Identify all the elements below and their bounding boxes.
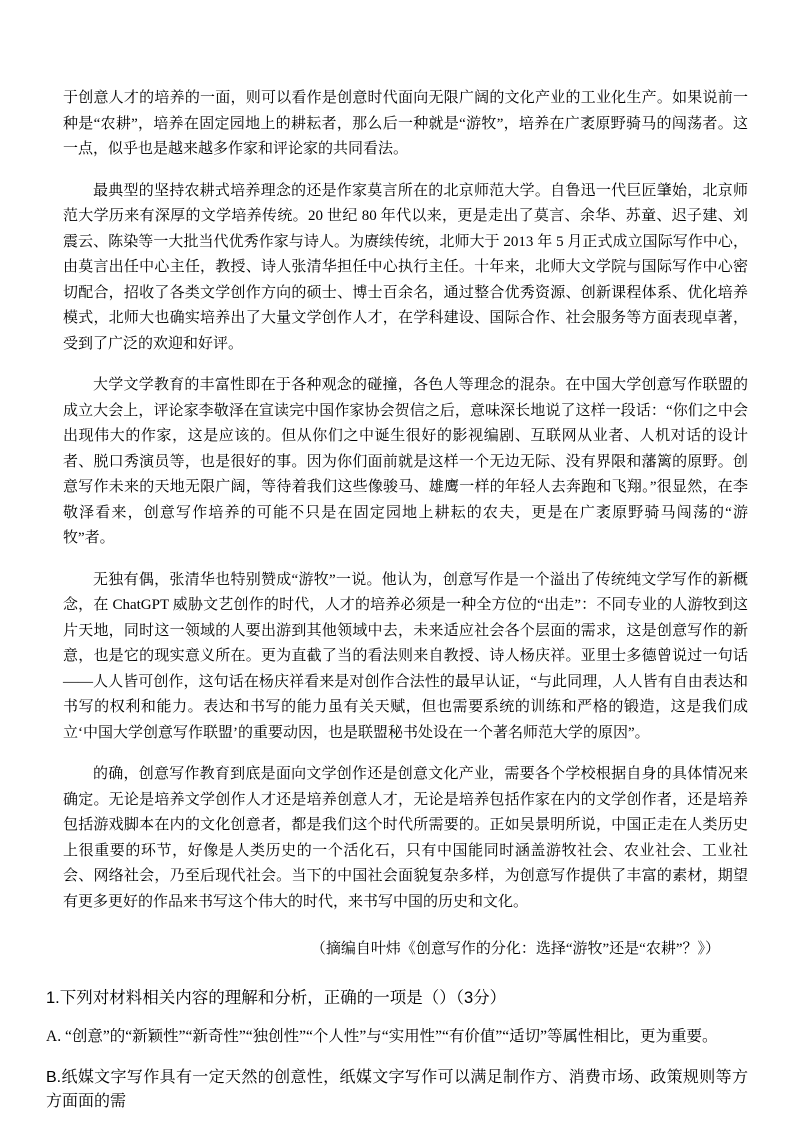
exam-page: 于创意人才的培养的一面，则可以看作是创意时代面向无限广阔的文化产业的工业化生产。… — [0, 0, 794, 1123]
question-stem: 1.下列对材料相关内容的理解和分析，正确的一项是（）（3分） — [46, 987, 748, 1009]
passage-paragraph-2: 最典型的坚持农耕式培养理念的还是作家莫言所在的北京师范大学。自鲁迅一代巨匠肇始，… — [63, 179, 748, 358]
passage-paragraph-3: 大学文学教育的丰富性即在于各种观念的碰撞，各色人等理念的混杂。在中国大学创意写作… — [63, 373, 748, 552]
passage-paragraph-1: 于创意人才的培养的一面，则可以看作是创意时代面向无限广阔的文化产业的工业化生产。… — [63, 86, 748, 163]
question-option-a: A. “创意”的“新颖性”“新奇性”“独创性”“个人性”与“实用性”“有价值”“… — [46, 1023, 748, 1050]
passage-paragraph-5: 的确，创意写作教育到底是面向文学创作还是创意文化产业，需要各个学校根据自身的具体… — [63, 762, 748, 915]
passage-paragraph-4: 无独有偶，张清华也特别赞成“游牧”一说。他认为，创意写作是一个溢出了传统纯文学写… — [63, 568, 748, 747]
question-1-block: 1.下列对材料相关内容的理解和分析，正确的一项是（）（3分） A. “创意”的“… — [46, 987, 748, 1114]
reading-passage: 于创意人才的培养的一面，则可以看作是创意时代面向无限广阔的文化产业的工业化生产。… — [63, 86, 748, 963]
passage-source-citation: （摘编自叶炜《创意写作的分化：选择“游牧”还是“农耕”？》） — [63, 937, 748, 963]
question-option-b: B.纸媒文字写作具有一定天然的创意性，纸媒文字写作可以满足制作方、消费市场、政策… — [46, 1066, 748, 1114]
